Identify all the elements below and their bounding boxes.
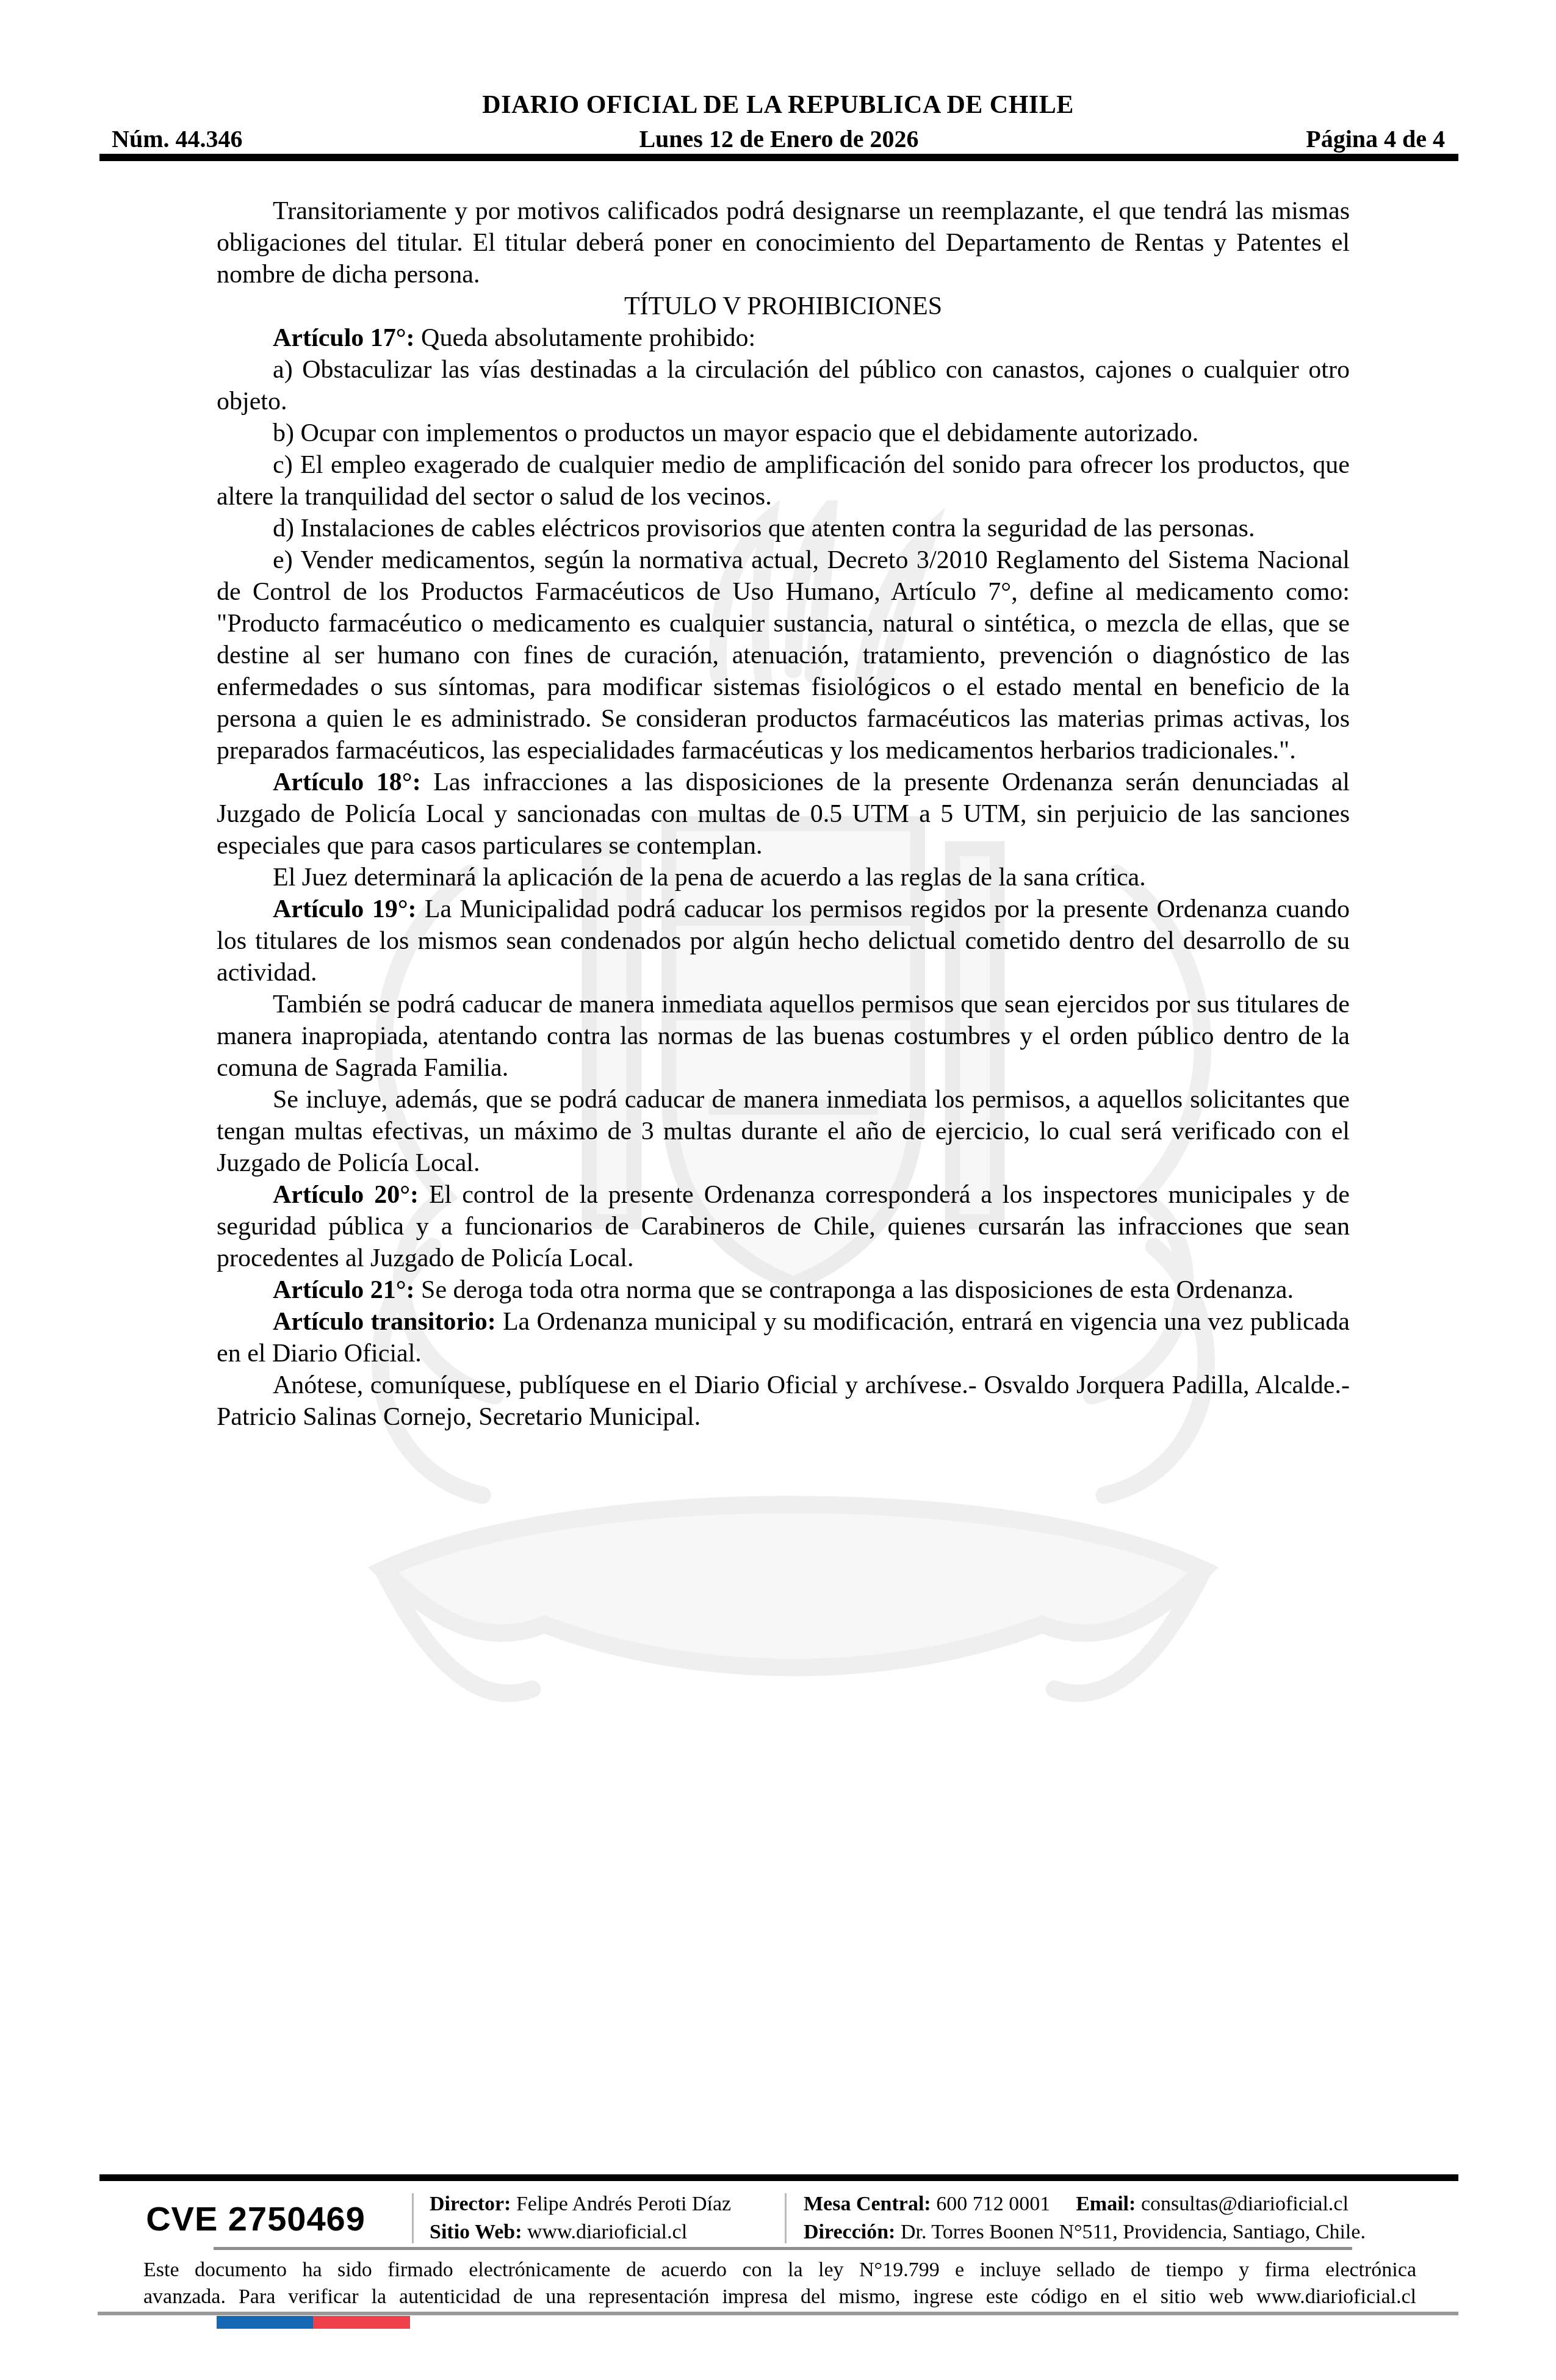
section-heading-titulo-v: TÍTULO V PROHIBICIONES [217, 290, 1350, 322]
article-19-paragraph: Artículo 19°: La Municipalidad podrá cad… [217, 893, 1350, 989]
prohibition-item-e: e) Vender medicamentos, según la normati… [217, 544, 1350, 766]
article-19-label: Artículo 19°: [273, 895, 416, 923]
article-21-label: Artículo 21°: [273, 1276, 415, 1304]
article-21-paragraph: Artículo 21°: Se deroga toda otra norma … [217, 1274, 1350, 1306]
article-20-paragraph: Artículo 20°: El control de la presente … [217, 1179, 1350, 1274]
website-line: Sitio Web: www.diarioficial.cl [430, 2218, 785, 2246]
prohibition-item-c: c) El empleo exagerado de cualquier medi… [217, 449, 1350, 513]
article-19-paragraph-3: Se incluye, además, que se podrá caducar… [217, 1084, 1350, 1179]
document-page: DIARIO OFICIAL DE LA REPUBLICA DE CHILE … [0, 0, 1556, 2380]
cve-number: CVE 2750469 [99, 2191, 412, 2246]
prohibition-item-d: d) Instalaciones de cables eléctricos pr… [217, 513, 1350, 544]
disclaimer-line-1: Este documento ha sido firmado electróni… [143, 2257, 1416, 2284]
director-line: Director: Felipe Andrés Peroti Díaz [430, 2190, 785, 2218]
contact-info: Mesa Central: 600 712 0001Email: consult… [787, 2191, 1458, 2246]
footer-info-box: CVE 2750469 Director: Felipe Andrés Pero… [99, 2191, 1458, 2246]
legal-disclaimer: Este documento ha sido firmado electróni… [143, 2257, 1416, 2310]
issue-date: Lunes 12 de Enero de 2026 [99, 124, 1458, 153]
header-rule [99, 154, 1458, 161]
website-url: www.diarioficial.cl [527, 2221, 687, 2243]
bottom-rule [98, 2312, 1458, 2315]
ordinance-body: Transitoriamente y por motivos calificad… [217, 195, 1350, 1433]
newspaper-title: DIARIO OFICIAL DE LA REPUBLICA DE CHILE [0, 90, 1556, 120]
footer-rule-gray [214, 2247, 1352, 2250]
article-17-paragraph: Artículo 17°: Queda absolutamente prohib… [217, 322, 1350, 354]
transitory-article-label: Artículo transitorio: [273, 1308, 496, 1336]
address-line: Dirección: Dr. Torres Boonen N°511, Prov… [804, 2218, 1458, 2246]
article-18-label: Artículo 18°: [273, 768, 421, 796]
article-19-paragraph-2: También se podrá caducar de manera inmed… [217, 989, 1350, 1084]
article-18-judge-note: El Juez determinará la aplicación de la … [217, 862, 1350, 893]
disclaimer-line-2: avanzada. Para verificar la autenticidad… [143, 2284, 1416, 2310]
director-info: Director: Felipe Andrés Peroti Díaz Siti… [414, 2191, 785, 2246]
prohibition-item-b: b) Ocupar con implementos o productos un… [217, 417, 1350, 449]
intro-paragraph: Transitoriamente y por motivos calificad… [217, 195, 1350, 290]
email-address: consultas@diarioficial.cl [1141, 2193, 1349, 2215]
header-meta-row: Núm. 44.346 Lunes 12 de Enero de 2026 Pá… [99, 124, 1458, 156]
article-20-label: Artículo 20°: [273, 1181, 419, 1209]
footer-rule-top [99, 2174, 1458, 2181]
article-18-paragraph: Artículo 18°: Las infracciones a las dis… [217, 766, 1350, 862]
transitory-article-paragraph: Artículo transitorio: La Ordenanza munic… [217, 1306, 1350, 1369]
article-17-label: Artículo 17°: [273, 324, 415, 352]
signature-paragraph: Anótese, comuníquese, publíquese en el D… [217, 1369, 1350, 1433]
page-number: Página 4 de 4 [1306, 124, 1445, 153]
chile-flag-icon [217, 2316, 410, 2329]
flag-red-box [313, 2316, 410, 2329]
prohibition-item-a: a) Obstaculizar las vías destinadas a la… [217, 354, 1350, 417]
flag-blue-box [217, 2316, 313, 2329]
phone-email-line: Mesa Central: 600 712 0001Email: consult… [804, 2190, 1458, 2218]
